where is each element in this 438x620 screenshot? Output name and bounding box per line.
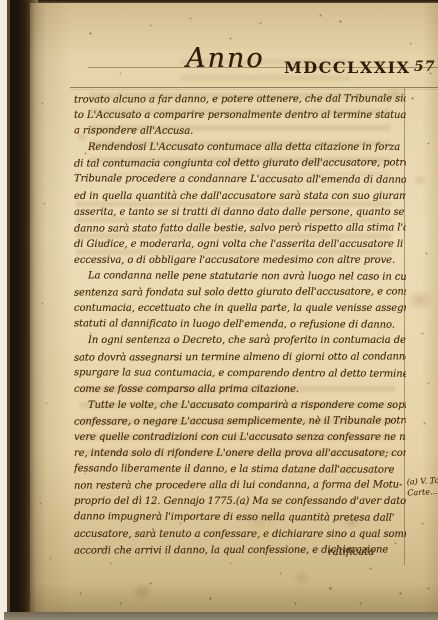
margin-note-reference: (a) V. Tomo.... Carte.... [406, 473, 438, 498]
manuscript-line: In ogni sentenza o Decreto, che sarà pro… [74, 333, 406, 349]
manuscript-scan: Anno MDCCLXXIX 57 trovato alcuno a far d… [0, 0, 438, 620]
manuscript-line: trovato alcuno a far danno, e potere ott… [74, 92, 406, 109]
manuscript-line: a rispondere all'Accusa. [74, 123, 406, 141]
margin-note-line: Carte.... [407, 484, 438, 498]
manuscript-line: eccessiva, o di obbligare l'accusatore m… [74, 253, 406, 269]
header-underline [70, 87, 438, 88]
manuscript-line: La condanna nelle pene statutarie non av… [74, 268, 406, 286]
manuscript-line: di tal contumacia congiunta col detto gi… [74, 156, 406, 173]
manuscript-line: accusatore, sarà tenuto a confessare, e … [74, 527, 406, 543]
scan-background [4, 612, 438, 620]
manuscript-line: Tutte le volte, che L'accusato comparirà… [74, 398, 406, 414]
manuscript-line: Rendendosi L'Accusato contumace alla det… [74, 140, 406, 156]
manuscript-line: di Giudice, e moderarla, ogni volta che … [74, 237, 406, 253]
manuscript-line: proprio del dì 12. Gennajo 1775.(a) Ma s… [74, 494, 406, 510]
manuscript-line: come se fosse comparso alla prima citazi… [74, 382, 406, 398]
manuscript-line: contumacia, eccettuato che in quella par… [74, 301, 406, 317]
catchword: ratificata [328, 547, 374, 558]
manuscript-page: Anno MDCCLXXIX 57 trovato alcuno a far d… [30, 3, 438, 612]
manuscript-line: non resterà che procedere alla di lui co… [74, 478, 406, 495]
manuscript-line: re, intenda solo di rifondere L'onere de… [74, 446, 406, 462]
manuscript-line: danno sarà stato fatto dalle bestie, sal… [74, 220, 406, 237]
manuscript-line: vere quelle contradizioni con cui L'accu… [74, 430, 406, 446]
manuscript-line: spurgare la sua contumacia, e comparendo… [74, 365, 406, 383]
manuscript-line: to L'Accusato a comparire personalmente … [74, 108, 406, 124]
manuscript-line: sentenza sarà fondata sul solo detto giu… [74, 285, 406, 302]
header-anno-label: Anno [186, 43, 265, 74]
manuscript-text-block: trovato alcuno a far danno, e potere ott… [74, 92, 406, 562]
manuscript-line: sato dovrà assegnarsi un termine almeno … [74, 349, 406, 366]
manuscript-line: danno impugnerà l'importare di esso nell… [74, 510, 406, 528]
manuscript-line: Tribunale procedere a condannare L'accus… [74, 172, 406, 190]
manuscript-line: statuti al dannificato in luogo dell'eme… [74, 317, 406, 335]
manuscript-line: asserita, e tanto se si tratti di danno … [74, 205, 406, 221]
header-roman-year: MDCCLXXIX [284, 58, 411, 77]
foxing-specks [30, 3, 31, 4]
manuscript-line: ed in quella quantità che dall'accusator… [74, 189, 406, 205]
page-number: 57 [414, 59, 435, 75]
manuscript-line: fessando liberamente il danno, e la stim… [74, 461, 406, 479]
manuscript-line: confessare, o negare L'accusa sempliceme… [74, 413, 406, 430]
